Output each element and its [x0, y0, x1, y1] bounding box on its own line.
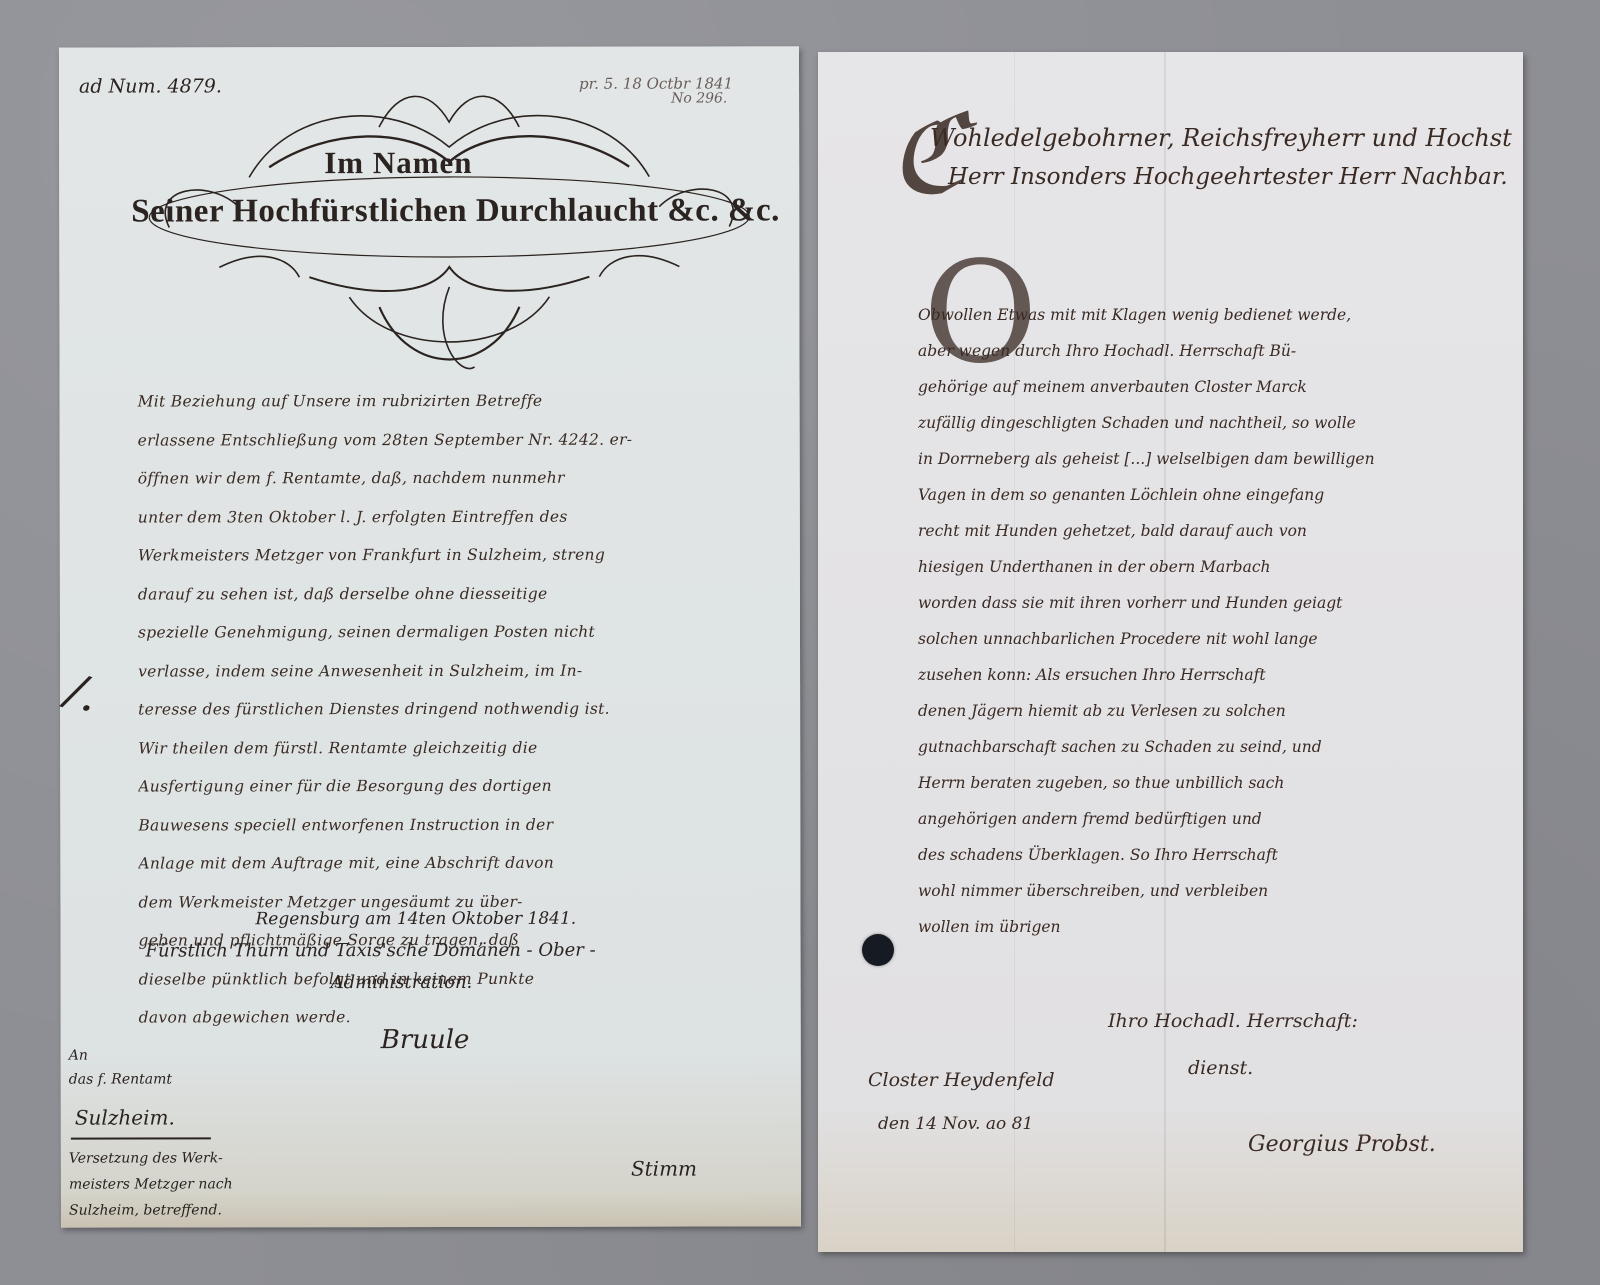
date-line: Regensburg am 14ten Oktober 1841. [255, 909, 576, 930]
reference-number: ad Num. 4879. [79, 75, 222, 97]
body-line: erlassene Entschließung vom 28ten Septem… [138, 420, 778, 460]
subject-line: Versetzung des Werk- [69, 1145, 233, 1171]
body-line: zusehen konn: Als ersuchen Ihro Herrscha… [918, 657, 1508, 693]
body-line: des schadens Überklagen. So Ihro Herrsch… [918, 837, 1508, 873]
subject-line: meisters Metzger nach [69, 1171, 233, 1197]
body-line: wohl nimmer überschreiben, und verbleibe… [918, 873, 1508, 909]
body-line: unter dem 3ten Oktober l. J. erfolgten E… [138, 497, 778, 537]
body-line: Mit Beziehung auf Unsere im rubrizirten … [138, 381, 778, 421]
right-document-sheet: ℭ Wohledelgebohrner, Reichsfreyherr und … [818, 52, 1523, 1252]
body-line: teresse des fürstlichen Dienstes dringen… [138, 689, 778, 729]
signature: Bruule [381, 1025, 470, 1055]
body-line: Herrn beraten zugeben, so thue unbillich… [918, 765, 1508, 801]
issuing-authority: Fürstlich Thurn und Taxis'sche Domänen -… [146, 940, 596, 962]
divider [71, 1137, 211, 1139]
salutation-line: Wohledelgebohrner, Reichsfreyherr und Ho… [930, 124, 1512, 152]
body-line: worden dass sie mit ihren vorherr und Hu… [918, 585, 1508, 621]
addressee-line: An [69, 1048, 88, 1064]
left-document-sheet: ad Num. 4879. pr. 5. 18 Octbr 1841 No 29… [59, 46, 801, 1227]
body-line: Wir theilen dem fürstl. Rentamte gleichz… [138, 728, 778, 768]
body-line: zufällig dingeschligten Schaden und nach… [918, 405, 1508, 441]
right-body-text: Obwollen Etwas mit mit Klagen wenig bedi… [918, 297, 1508, 945]
closing-line: Ihro Hochadl. Herrschaft: [1108, 1010, 1358, 1032]
closing-line: dienst. [1188, 1057, 1253, 1079]
body-line: gutnachbarschaft sachen zu Schaden zu se… [918, 729, 1508, 765]
body-line: Werkmeisters Metzger von Frankfurt in Su… [138, 535, 778, 575]
body-line: hiesigen Underthanen in der obern Marbac… [918, 549, 1508, 585]
body-line: Anlage mit dem Auftrage mit, eine Abschr… [138, 843, 778, 883]
body-line: darauf zu sehen ist, daß derselbe ohne d… [138, 574, 778, 614]
body-line: in Dorrneberg als geheist [...] welselbi… [918, 441, 1508, 477]
body-line: Vagen in dem so genanten Löchlein ohne e… [918, 477, 1508, 513]
body-line: spezielle Genehmigung, seinen dermaligen… [138, 612, 778, 652]
body-line: Obwollen Etwas mit mit Klagen wenig bedi… [918, 297, 1508, 333]
received-number: No 296. [671, 90, 727, 106]
body-line: verlasse, indem seine Anwesenheit in Sul… [138, 651, 778, 691]
addressee-line: das f. Rentamt [69, 1071, 172, 1087]
body-line: denen Jägern hiemit ab zu Verlesen zu so… [918, 693, 1508, 729]
body-line: öffnen wir dem f. Rentamte, daß, nachdem… [138, 458, 778, 498]
countersignature: Stimm [631, 1157, 697, 1181]
body-line: Bauwesens speciell entworfenen Instructi… [138, 805, 778, 845]
subject-note: Versetzung des Werk- meisters Metzger na… [69, 1145, 233, 1223]
body-line: aber wegen durch Ihro Hochadl. Herrschaf… [918, 333, 1508, 369]
body-line: solchen unnachbarlichen Procedere nit wo… [918, 621, 1508, 657]
initial-letter-w: ℭ [888, 90, 965, 218]
left-body-text: Mit Beziehung auf Unsere im rubrizirten … [138, 381, 779, 1037]
body-line: recht mit Hunden gehetzet, bald darauf a… [918, 513, 1508, 549]
margin-mark: /. [61, 662, 106, 723]
body-line: Ausfertigung einer für die Besorgung des… [138, 766, 778, 806]
salutation-line: Herr Insonders Hochgeehrtester Herr Nach… [948, 164, 1508, 190]
issuing-authority-cont: Administration. [331, 972, 473, 993]
addressee-place: Sulzheim. [75, 1105, 175, 1129]
heading-im-namen: Im Namen [324, 145, 472, 181]
subject-line: Sulzheim, betreffend. [69, 1197, 233, 1223]
place-line: Closter Heydenfeld [868, 1069, 1055, 1091]
heading-durchlaucht: Seiner Hochfürstlichen Durchlaucht &c. &… [131, 192, 780, 230]
signature: Georgius Probst. [1248, 1132, 1436, 1157]
body-line: angehörigen andern fremd bedürftigen und [918, 801, 1508, 837]
date-line: den 14 Nov. ao 81 [878, 1114, 1033, 1134]
wax-seal-icon [862, 934, 894, 966]
body-line: wollen im übrigen [918, 909, 1508, 945]
body-line: gehörige auf meinem anverbauten Closter … [918, 369, 1508, 405]
